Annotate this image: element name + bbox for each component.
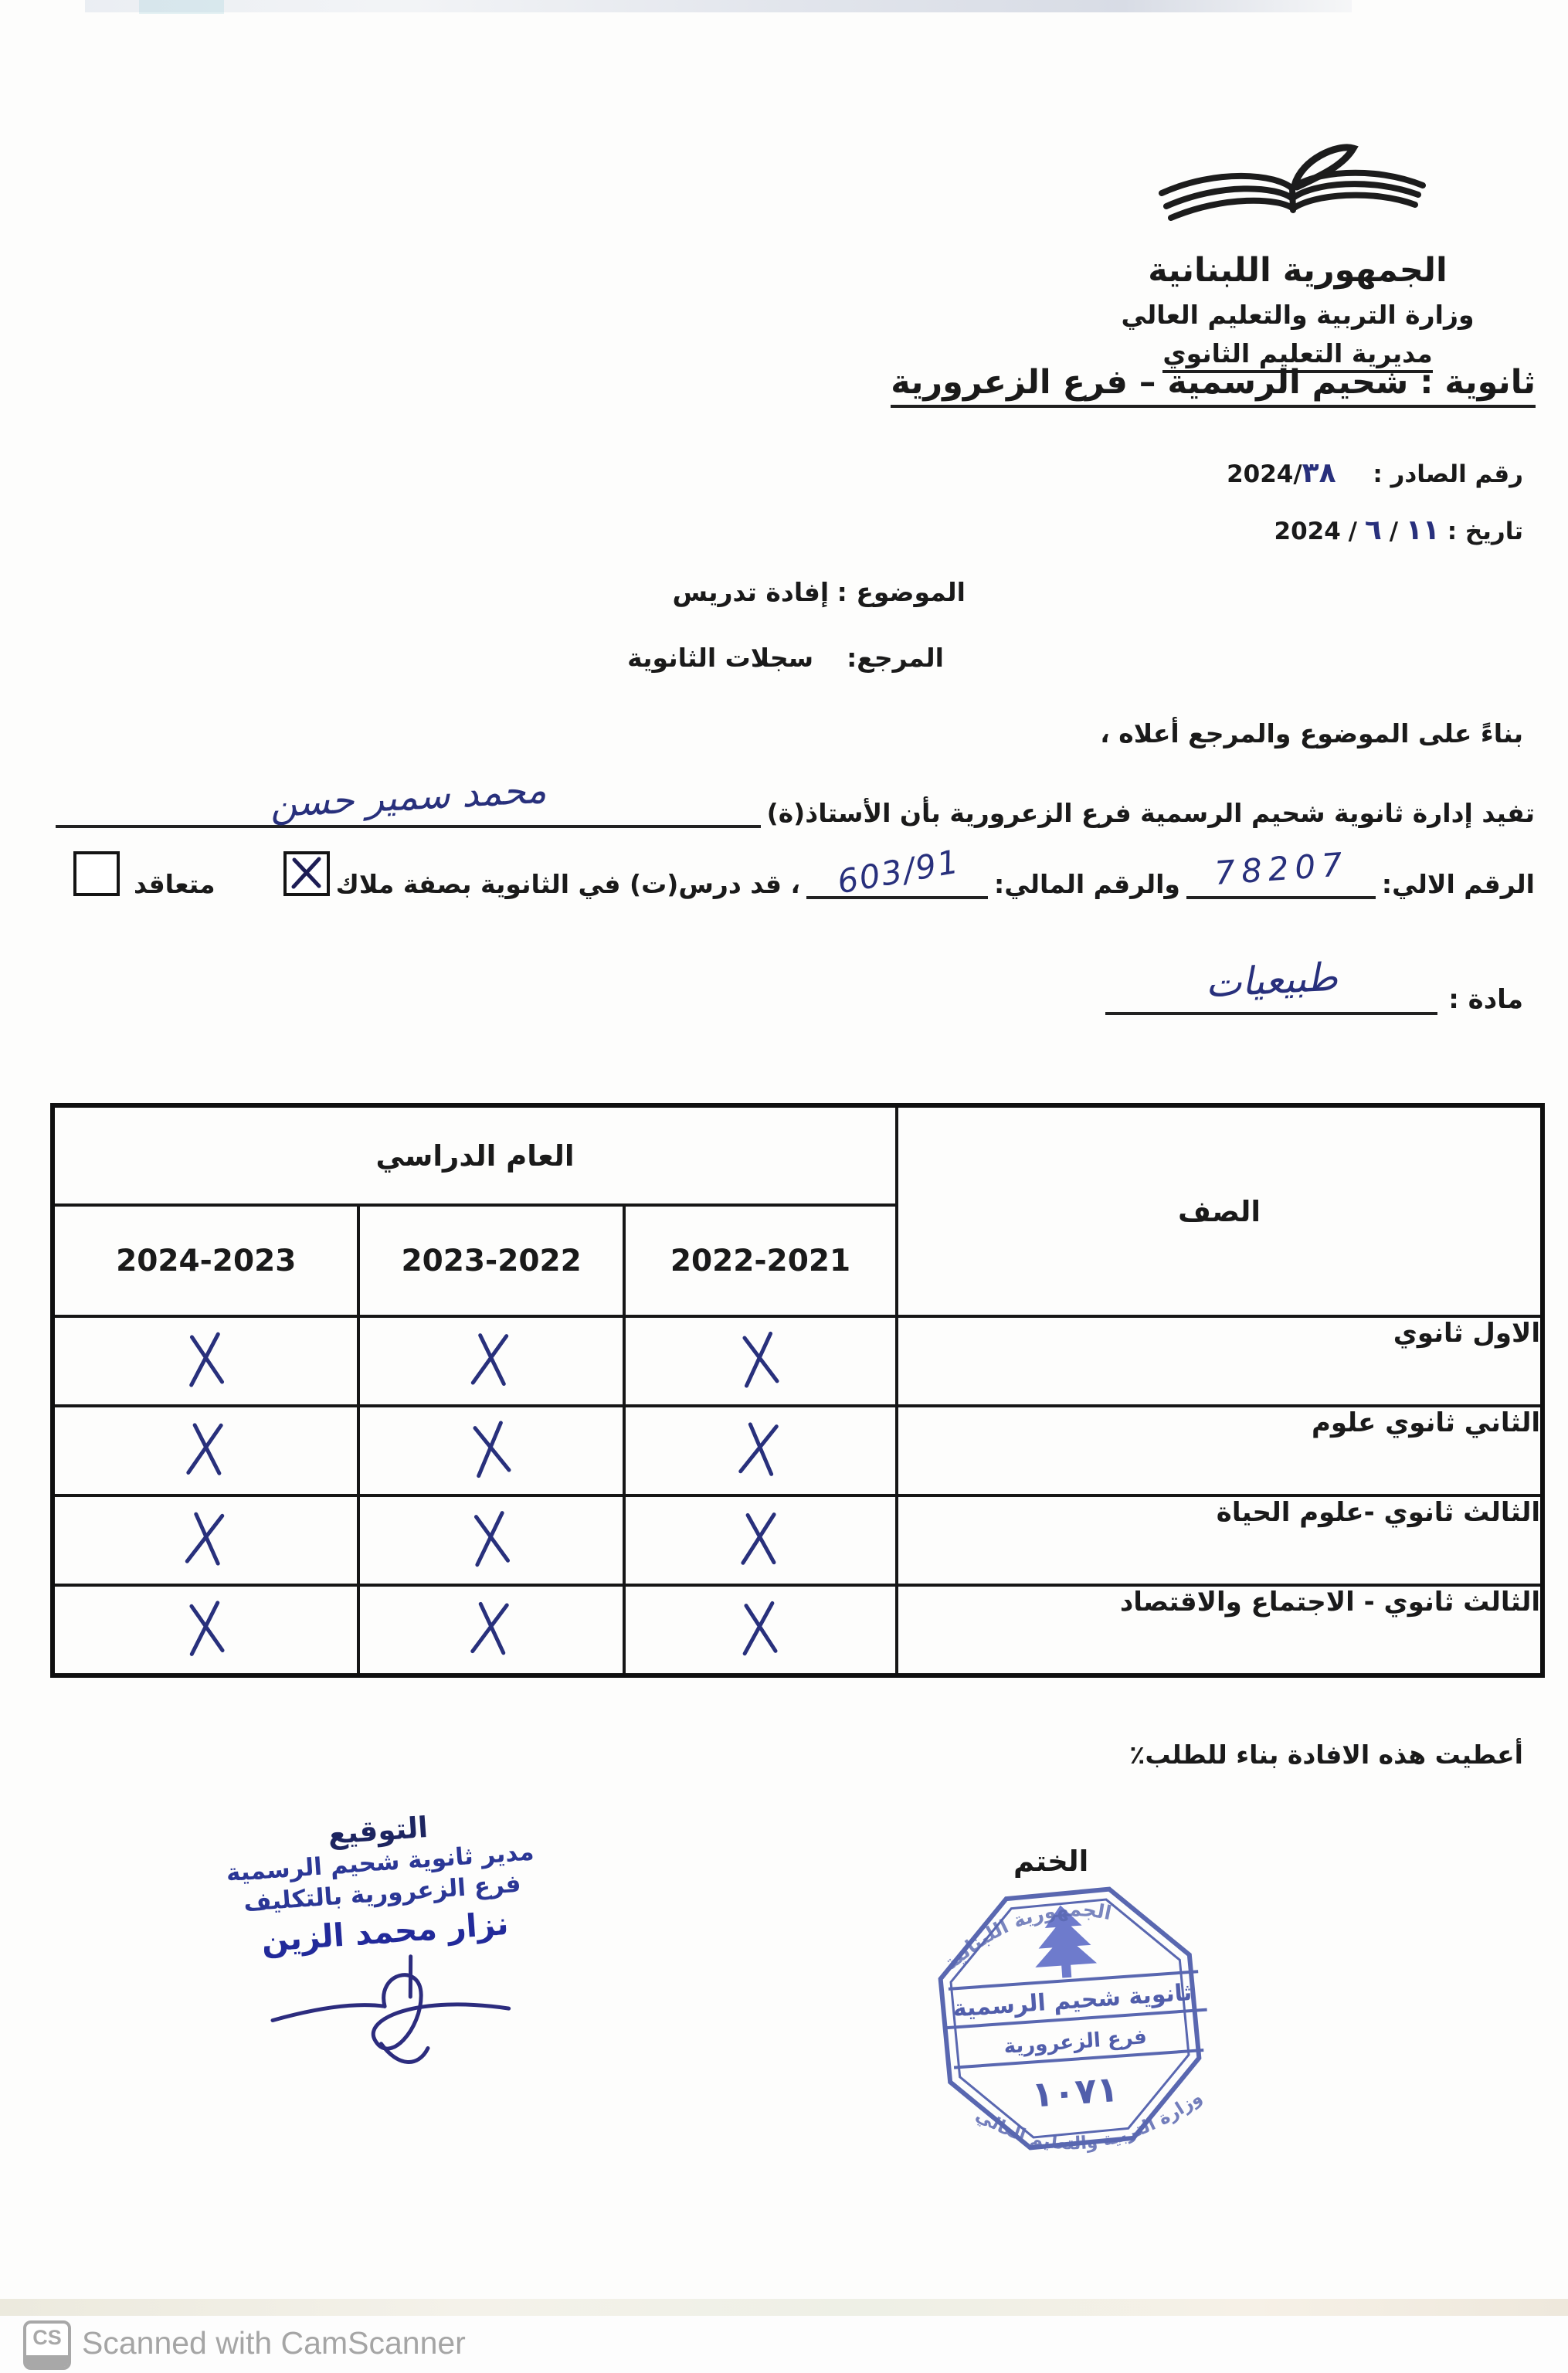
class-year-table: الصف العام الدراسي 2022-2021 2023-2022 2…: [50, 1103, 1545, 1678]
subject-taught-field: طبيعيات: [1105, 952, 1437, 1015]
subject-value: إفادة تدريس: [672, 577, 829, 607]
year-header: 2024-2023: [53, 1205, 358, 1316]
year-mark-cell: [53, 1406, 358, 1495]
camscanner-logo-text: CS: [26, 2326, 68, 2350]
reference-label: المرجع:: [847, 643, 944, 673]
finance-number-field: 603/91: [806, 847, 988, 899]
class-label: الاول ثانوي: [897, 1316, 1543, 1406]
checkbox-x-mark: [288, 855, 325, 891]
official-stamp: ثانوية شحيم الرسمية فرع الزعرورية ١٠٧١ ا…: [877, 1876, 1298, 2185]
year-mark-cell: [53, 1495, 358, 1585]
year-mark-cell: [624, 1495, 897, 1585]
year-mark-cell: [358, 1495, 623, 1585]
class-label: الثالث ثانوي -علوم الحياة: [897, 1495, 1543, 1585]
camscanner-logo-icon: CS: [23, 2320, 71, 2370]
x-mark: [463, 1417, 519, 1482]
subject-taught-label: مادة :: [1448, 984, 1523, 1015]
table-row: الثاني ثانوي علوم: [53, 1406, 1543, 1495]
year-mark-cell: [624, 1585, 897, 1675]
year-mark-cell: [358, 1316, 623, 1406]
table-row: الثالث ثانوي - الاجتماع والاقتصاد: [53, 1585, 1543, 1675]
finance-number-handwritten: 603/91: [834, 842, 962, 901]
republic-title: الجمهورية اللبنانية: [1058, 252, 1537, 290]
teacher-name-field: محمد سمير حسن: [56, 771, 761, 828]
year-mark-cell: [624, 1406, 897, 1495]
stamp-number: ١٠٧١: [1030, 2068, 1120, 2116]
table-row: الثالث ثانوي -علوم الحياة: [53, 1495, 1543, 1585]
date-day-handwritten: ١١: [1406, 514, 1440, 546]
stamp-branch-text: فرع الزعرورية: [1003, 2025, 1148, 2059]
malak-checkbox: [283, 851, 330, 896]
paper-edge-strip: [0, 2299, 1568, 2316]
serial-label: رقم الصادر :: [1373, 460, 1523, 488]
year-mark-cell: [358, 1585, 623, 1675]
x-mark: [181, 1329, 232, 1390]
x-mark: [178, 1507, 233, 1571]
x-mark: [180, 1597, 232, 1659]
year-mark-cell: [624, 1316, 897, 1406]
date-label: تاريخ :: [1448, 518, 1523, 545]
subject-label: الموضوع :: [837, 577, 966, 607]
intro-line: بناءً على الموضوع والمرجع أعلاه ،: [1100, 718, 1523, 749]
year-mark-cell: [53, 1316, 358, 1406]
year-mark-cell: [53, 1585, 358, 1675]
x-mark: [465, 1507, 518, 1570]
camscanner-footer: CS Scanned with CamScanner: [0, 2316, 1568, 2373]
year-header: 2023-2022: [358, 1205, 623, 1316]
date-month-handwritten: ٦: [1365, 514, 1382, 546]
scan-artifact-strip: [85, 0, 1352, 12]
statement-text: تفيد إدارة ثانوية شحيم الرسمية فرع الزعر…: [767, 798, 1535, 828]
x-mark: [465, 1328, 518, 1390]
auto-number-field: 78207: [1186, 847, 1376, 899]
x-mark: [735, 1509, 786, 1569]
open-book-logo: [1143, 137, 1444, 250]
auto-number-handwritten: 78207: [1213, 845, 1349, 892]
class-year-table-body: الاول ثانويالثاني ثانوي علومالثالث ثانوي…: [53, 1316, 1543, 1675]
serial-number-handwritten: ٣٨: [1302, 457, 1336, 489]
ministry-title: وزارة التربية والتعليم العالي: [1058, 300, 1537, 330]
taught-text: ، قد درس(ت) في الثانوية بصفة ملاك: [336, 869, 800, 899]
school-name-line: ثانوية : شحيم الرسمية – فرع الزعرورية: [891, 363, 1536, 408]
scanned-document-page: الجمهورية اللبنانية وزارة التربية والتعل…: [0, 0, 1568, 2373]
class-label: الثاني ثانوي علوم: [897, 1406, 1543, 1495]
teacher-name-handwritten: محمد سمير حسن: [269, 769, 548, 827]
x-mark: [735, 1598, 786, 1658]
subject-taught-handwritten: طبيعيات: [1204, 955, 1339, 1007]
x-mark: [180, 1418, 232, 1480]
camscanner-label: Scanned with CamScanner: [82, 2325, 466, 2361]
stamp-label: الختم: [1013, 1845, 1088, 1878]
finance-number-label: والرقم المالي:: [994, 869, 1180, 899]
date-separator-2: /: [1349, 518, 1357, 545]
year-header: 2022-2021: [624, 1205, 897, 1316]
date-separator-1: /: [1390, 518, 1398, 545]
reference-value: سجلات الثانوية: [627, 643, 813, 673]
closing-line: أعطيت هذه الافادة بناء للطلب٪: [1129, 1740, 1523, 1770]
contract-label: متعاقد: [134, 869, 216, 899]
x-mark: [732, 1417, 788, 1482]
contract-checkbox: [73, 851, 120, 896]
x-mark: [734, 1328, 788, 1391]
year-mark-cell: [358, 1406, 623, 1495]
date-year: 2024: [1274, 518, 1341, 545]
scan-artifact-patch: [139, 0, 224, 14]
serial-year: 2024/: [1227, 460, 1302, 488]
table-row: الاول ثانوي: [53, 1316, 1543, 1406]
signature-scribble: [260, 1943, 523, 2092]
x-mark: [464, 1597, 518, 1660]
year-group-header: العام الدراسي: [53, 1105, 897, 1205]
class-label: الثالث ثانوي - الاجتماع والاقتصاد: [897, 1585, 1543, 1675]
auto-number-label: الرقم الالي:: [1382, 869, 1535, 899]
class-column-header: الصف: [897, 1105, 1543, 1316]
